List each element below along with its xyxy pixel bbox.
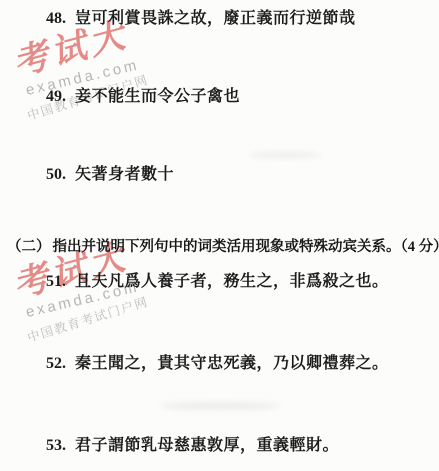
- question-number: 51.: [46, 273, 66, 291]
- section-label: （二）: [7, 235, 51, 256]
- question-text: 且夫凡爲人養子者，務生之，非爲殺之也。: [75, 273, 389, 290]
- question-number: 53.: [46, 437, 66, 455]
- question-text: 矢著身者數十: [75, 166, 174, 183]
- question-text: 君子謂節乳母慈惠敦厚，重義輕財。: [75, 437, 339, 454]
- question-text: 豈可利賞畏誅之故，廢正義而行逆節哉: [75, 10, 356, 27]
- question-text: 秦王聞之，貴其守忠死義，乃以卿禮葬之。: [75, 355, 389, 372]
- section-header: （二）指出并说明下列句中的词类活用现象或特殊动宾关系。（4 分）: [7, 235, 439, 256]
- scan-smudge: [160, 402, 280, 410]
- examda-site-text: 中国教育考试门户网: [25, 292, 151, 346]
- scanned-exam-page: 考试大 examda.com 中国教育考试门户网 考试大 examda.com …: [0, 0, 439, 471]
- question-number: 49.: [46, 88, 66, 106]
- question-50: 50.矢著身者數十: [46, 161, 174, 184]
- section-instruction: 指出并说明下列句中的词类活用现象或特殊动宾关系。（4 分）: [53, 239, 439, 255]
- question-number: 52.: [46, 355, 66, 373]
- question-48: 48.豈可利賞畏誅之故，廢正義而行逆節哉: [46, 5, 356, 28]
- question-49: 49.妾不能生而令公子禽也: [46, 83, 240, 106]
- question-52: 52.秦王聞之，貴其守忠死義，乃以卿禮葬之。: [46, 350, 389, 373]
- question-53: 53.君子謂節乳母慈惠敦厚，重義輕財。: [46, 432, 339, 455]
- question-51: 51.且夫凡爲人養子者，務生之，非爲殺之也。: [46, 268, 389, 291]
- scan-smudge: [250, 152, 320, 158]
- question-text: 妾不能生而令公子禽也: [75, 88, 240, 105]
- question-number: 50.: [46, 166, 66, 184]
- question-number: 48.: [46, 10, 66, 28]
